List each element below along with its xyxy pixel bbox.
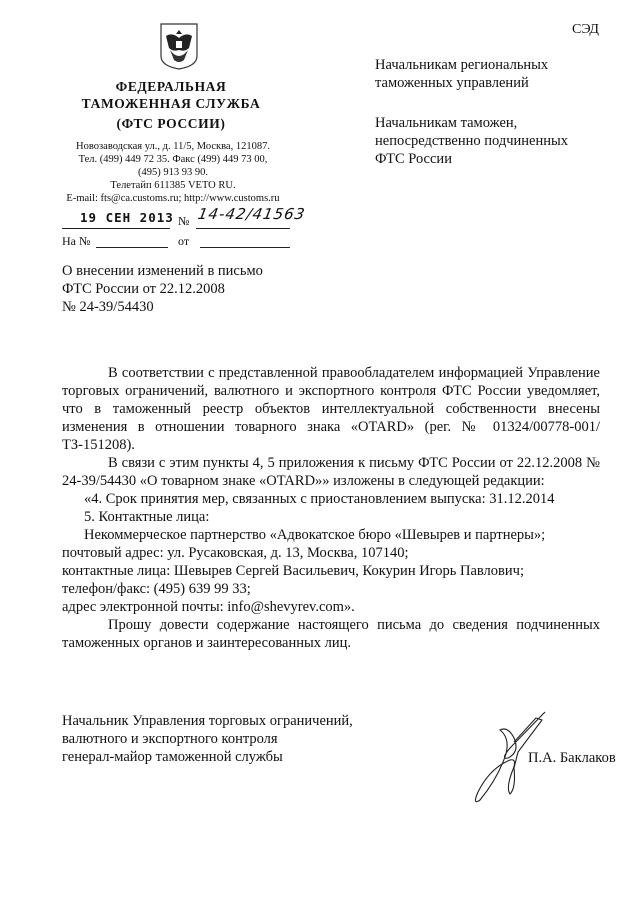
registration-date: 19 СЕН 2013 xyxy=(80,210,174,225)
address-line: Новозаводская ул., д. 11/5, Москва, 1210… xyxy=(62,140,284,154)
paragraph-notification: В соответствии с представленной правообл… xyxy=(62,364,600,454)
org-name-line1: ФЕДЕРАЛЬНАЯ xyxy=(60,78,282,95)
date-underline xyxy=(62,228,170,229)
letter-body: В соответствии с представленной правообл… xyxy=(62,364,600,652)
ref-number-label: На № xyxy=(62,234,90,249)
coat-of-arms-icon xyxy=(158,22,200,70)
contact-email: адрес электронной почты: info@shevyrev.c… xyxy=(62,598,600,616)
contact-persons: контактные лица: Шевырев Сергей Васильев… xyxy=(62,562,600,580)
item-5-contacts: 5. Контактные лица: xyxy=(62,508,600,526)
recipient-group-1: Начальникам региональных таможенных упра… xyxy=(375,56,548,92)
org-name-line2: ТАМОЖЕННАЯ СЛУЖБА xyxy=(60,95,282,112)
paragraph-amendment: В связи с этим пункты 4, 5 приложения к … xyxy=(62,454,600,490)
phone-line: (495) 913 93 90. xyxy=(62,166,284,180)
position-line: валютного и экспортного контроля xyxy=(62,730,353,748)
recipient-line: таможенных управлений xyxy=(375,74,548,92)
registration-number: 14-42/41563 xyxy=(196,205,307,223)
ref-date-field xyxy=(200,247,290,248)
contact-organization: Некоммерческое партнерство «Адвокатское … xyxy=(62,526,600,544)
item-4-term: «4. Срок принятия мер, связанных с приос… xyxy=(62,490,600,508)
teletype-line: Телетайп 611385 VETO RU. xyxy=(62,179,284,193)
subject-line: О внесении изменений в письмо xyxy=(62,262,263,280)
letter-subject: О внесении изменений в письмо ФТС России… xyxy=(62,262,263,316)
org-abbreviation: (ФТС РОССИИ) xyxy=(60,115,282,132)
subject-line: ФТС России от 22.12.2008 xyxy=(62,280,263,298)
email-web-line: E-mail: fts@ca.customs.ru; http://www.cu… xyxy=(58,192,288,206)
number-underline xyxy=(196,228,290,229)
recipient-line: ФТС России xyxy=(375,150,568,168)
recipient-line: непосредственно подчиненных xyxy=(375,132,568,150)
signatory-name: П.А. Баклаков xyxy=(528,750,616,767)
phone-fax-line: Тел. (499) 449 72 35. Факс (499) 449 73 … xyxy=(62,153,284,167)
ref-from-label: от xyxy=(178,234,189,249)
number-label: № xyxy=(178,214,189,229)
corner-mark: СЭД xyxy=(572,22,599,38)
recipient-line: Начальникам таможен, xyxy=(375,114,568,132)
recipient-line: Начальникам региональных xyxy=(375,56,548,74)
postal-address: почтовый адрес: ул. Русаковская, д. 13, … xyxy=(62,544,600,562)
recipient-group-2: Начальникам таможен, непосредственно под… xyxy=(375,114,568,168)
paragraph-request: Прошу довести содержание настоящего пись… xyxy=(62,616,600,652)
subject-line: № 24-39/54430 xyxy=(62,298,263,316)
position-line: генерал-майор таможенной службы xyxy=(62,748,353,766)
phone-fax: телефон/факс: (495) 639 99 33; xyxy=(62,580,600,598)
signatory-position: Начальник Управления торговых ограничени… xyxy=(62,712,353,766)
position-line: Начальник Управления торговых ограничени… xyxy=(62,712,353,730)
ref-number-field xyxy=(96,247,168,248)
